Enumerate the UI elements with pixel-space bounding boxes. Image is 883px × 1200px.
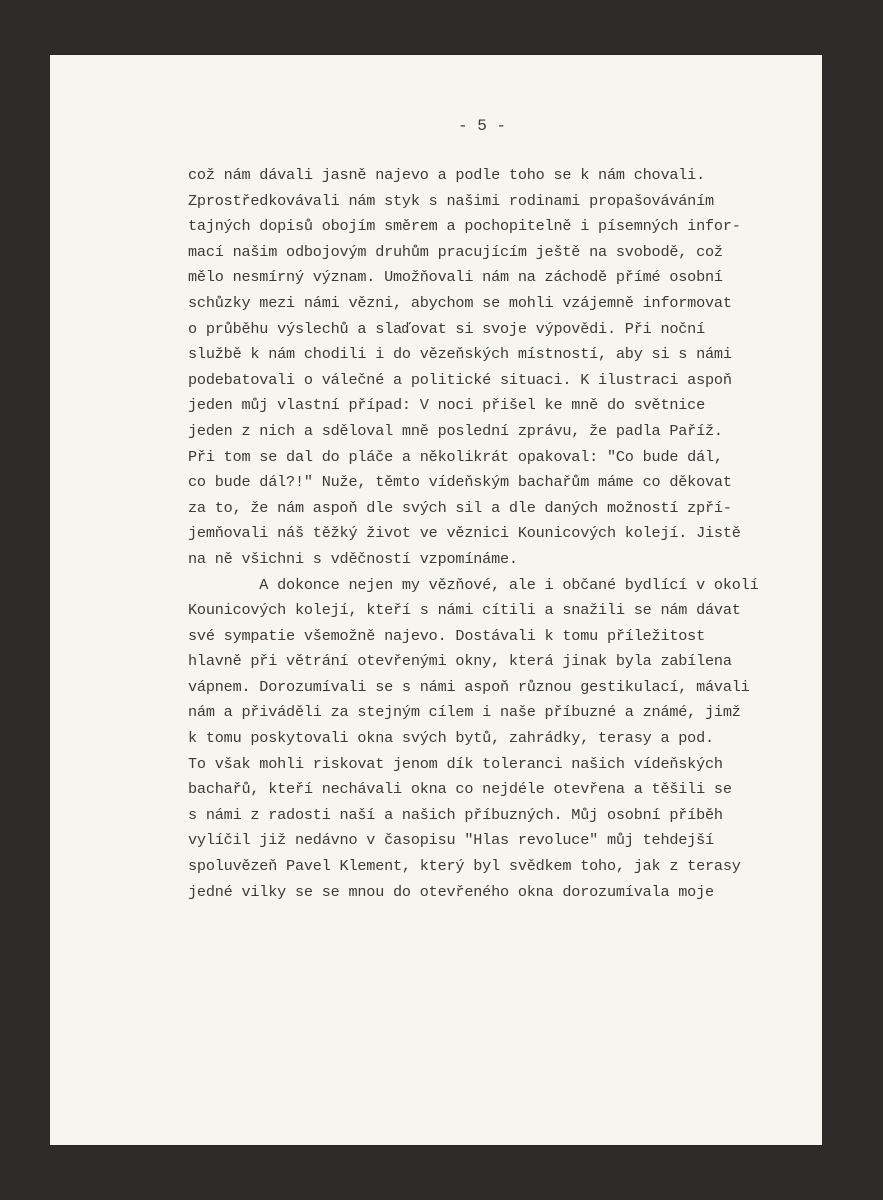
text-line: A dokonce nejen my vězňové, ale i občané…: [188, 573, 828, 599]
text-line: za to, že nám aspoň dle svých sil a dle …: [188, 496, 828, 522]
typed-text-body: což nám dávali jasně najevo a podle toho…: [188, 163, 828, 905]
text-line: hlavně při větrání otevřenými okny, kter…: [188, 649, 828, 675]
text-line: Kounicových kolejí, kteří s námi cítili …: [188, 598, 828, 624]
text-line: tajných dopisů obojím směrem a pochopite…: [188, 214, 828, 240]
text-line: na ně všichni s vděčností vzpomínáme.: [188, 547, 828, 573]
text-line: vylíčil již nedávno v časopisu "Hlas rev…: [188, 828, 828, 854]
text-line: o průběhu výslechů a slaďovat si svoje v…: [188, 317, 828, 343]
text-line: To však mohli riskovat jenom dík toleran…: [188, 752, 828, 778]
text-line: jemňovali náš těžký život ve věznici Kou…: [188, 521, 828, 547]
text-line: k tomu poskytovali okna svých bytů, zahr…: [188, 726, 828, 752]
text-line: co bude dál?!" Nuže, těmto vídeňským bac…: [188, 470, 828, 496]
text-line: vápnem. Dorozumívali se s námi aspoň růz…: [188, 675, 828, 701]
text-line: jeden z nich a sděloval mně poslední zpr…: [188, 419, 828, 445]
text-line: schůzky mezi námi vězni, abychom se mohl…: [188, 291, 828, 317]
text-line: mělo nesmírný význam. Umožňovali nám na …: [188, 265, 828, 291]
text-line: Při tom se dal do pláče a několikrát opa…: [188, 445, 828, 471]
text-line: spoluvězeň Pavel Klement, který byl svěd…: [188, 854, 828, 880]
page-number: - 5 -: [50, 117, 822, 135]
text-line: jeden můj vlastní případ: V noci přišel …: [188, 393, 828, 419]
text-line: jedné vilky se se mnou do otevřeného okn…: [188, 880, 828, 906]
text-line: Zprostředkovávali nám styk s našimi rodi…: [188, 189, 828, 215]
document-page: - 5 - což nám dávali jasně najevo a podl…: [50, 55, 822, 1145]
text-line: nám a přiváděli za stejným cílem i naše …: [188, 700, 828, 726]
text-line: což nám dávali jasně najevo a podle toho…: [188, 163, 828, 189]
text-line: službě k nám chodili i do vězeňských mís…: [188, 342, 828, 368]
text-line: mací našim odbojovým druhům pracujícím j…: [188, 240, 828, 266]
text-line: s námi z radosti naší a našich příbuznýc…: [188, 803, 828, 829]
text-line: bachařů, kteří nechávali okna co nejdéle…: [188, 777, 828, 803]
text-line: své sympatie všemožně najevo. Dostávali …: [188, 624, 828, 650]
text-line: podebatovali o válečné a politické situa…: [188, 368, 828, 394]
